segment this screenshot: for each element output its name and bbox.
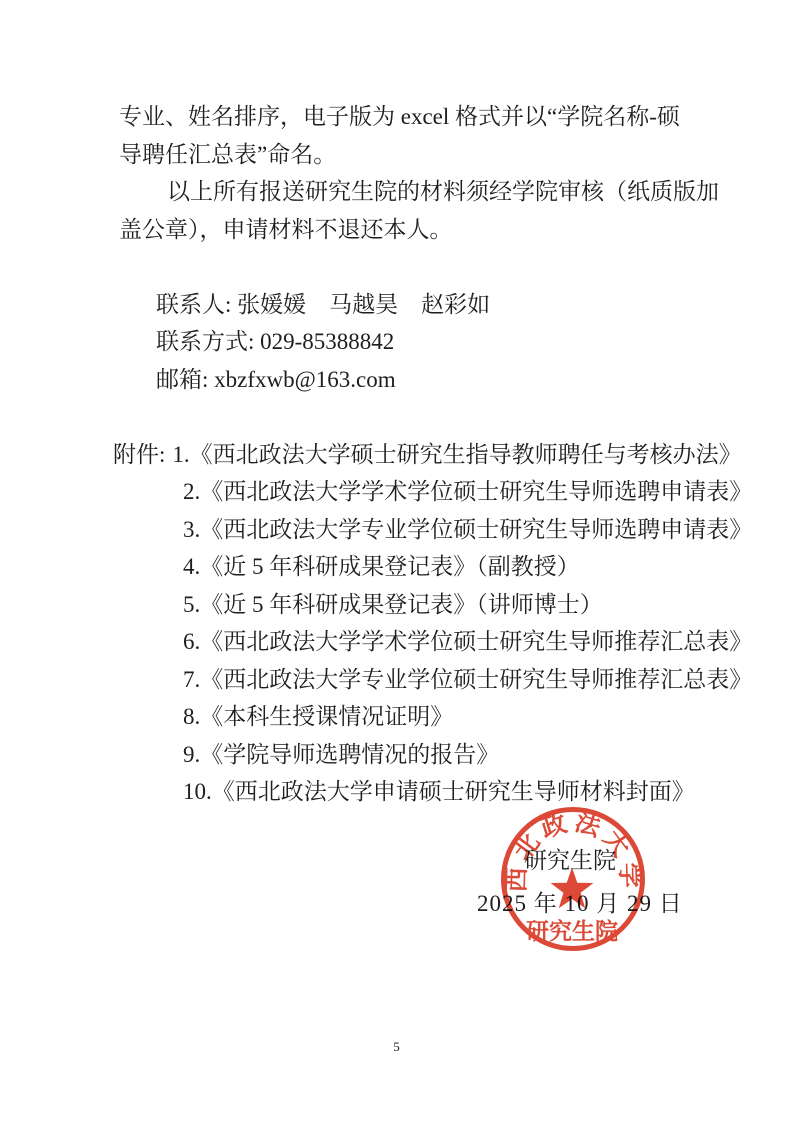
blank-line (119, 248, 719, 286)
contact-email-line: 邮箱: xbzfxwb@163.com (119, 361, 719, 399)
attachment-item: 3.《西北政法大学专业学位硕士研究生导师选聘申请表》 (113, 511, 719, 549)
attachments-label: 附件: (113, 442, 165, 467)
attachment-item: 7.《西北政法大学专业学位硕士研究生导师推荐汇总表》 (113, 661, 719, 699)
document-body: 专业、姓名排序，电子版为 excel 格式并以“学院名称-硕 导聘任汇总表”命名… (119, 98, 719, 811)
attachment-item: 8.《本科生授课情况证明》 (113, 698, 719, 736)
body-paragraph2-line1: 以上所有报送研究生院的材料须经学院审核（纸质版加 (119, 173, 719, 211)
body-paragraph2-line2: 盖公章），申请材料不退还本人。 (119, 211, 719, 249)
body-paragraph1-line2: 导聘任汇总表”命名。 (119, 136, 719, 174)
attachment-item: 6.《西北政法大学学术学位硕士研究生导师推荐汇总表》 (113, 623, 719, 661)
attachments-heading: 附件:1.《西北政法大学硕士研究生指导教师聘任与考核办法》 (113, 436, 719, 474)
star-icon (551, 868, 594, 909)
contact-phone-line: 联系方式: 029-85388842 (119, 323, 719, 361)
attachment-item: 4.《近 5 年科研成果登记表》（副教授） (113, 548, 719, 586)
attachment-item: 9.《学院导师选聘情况的报告》 (113, 736, 719, 774)
attachment-item: 1.《西北政法大学硕士研究生指导教师聘任与考核办法》 (172, 442, 741, 467)
body-paragraph1-line1: 专业、姓名排序，电子版为 excel 格式并以“学院名称-硕 (119, 98, 719, 136)
page-number: 5 (0, 1040, 793, 1053)
document-page: 专业、姓名排序，电子版为 excel 格式并以“学院名称-硕 导聘任汇总表”命名… (0, 0, 793, 1122)
attachment-item: 2.《西北政法大学学术学位硕士研究生导师选聘申请表》 (113, 473, 719, 511)
contact-person-line: 联系人: 张媛媛 马越昊 赵彩如 (119, 286, 719, 324)
blank-line (119, 398, 719, 436)
attachment-item: 5.《近 5 年科研成果登记表》（讲师博士） (113, 586, 719, 624)
seal-org-text: 研究生院 (526, 918, 618, 944)
official-seal: 西北政法大学 研究生院 (498, 804, 648, 954)
